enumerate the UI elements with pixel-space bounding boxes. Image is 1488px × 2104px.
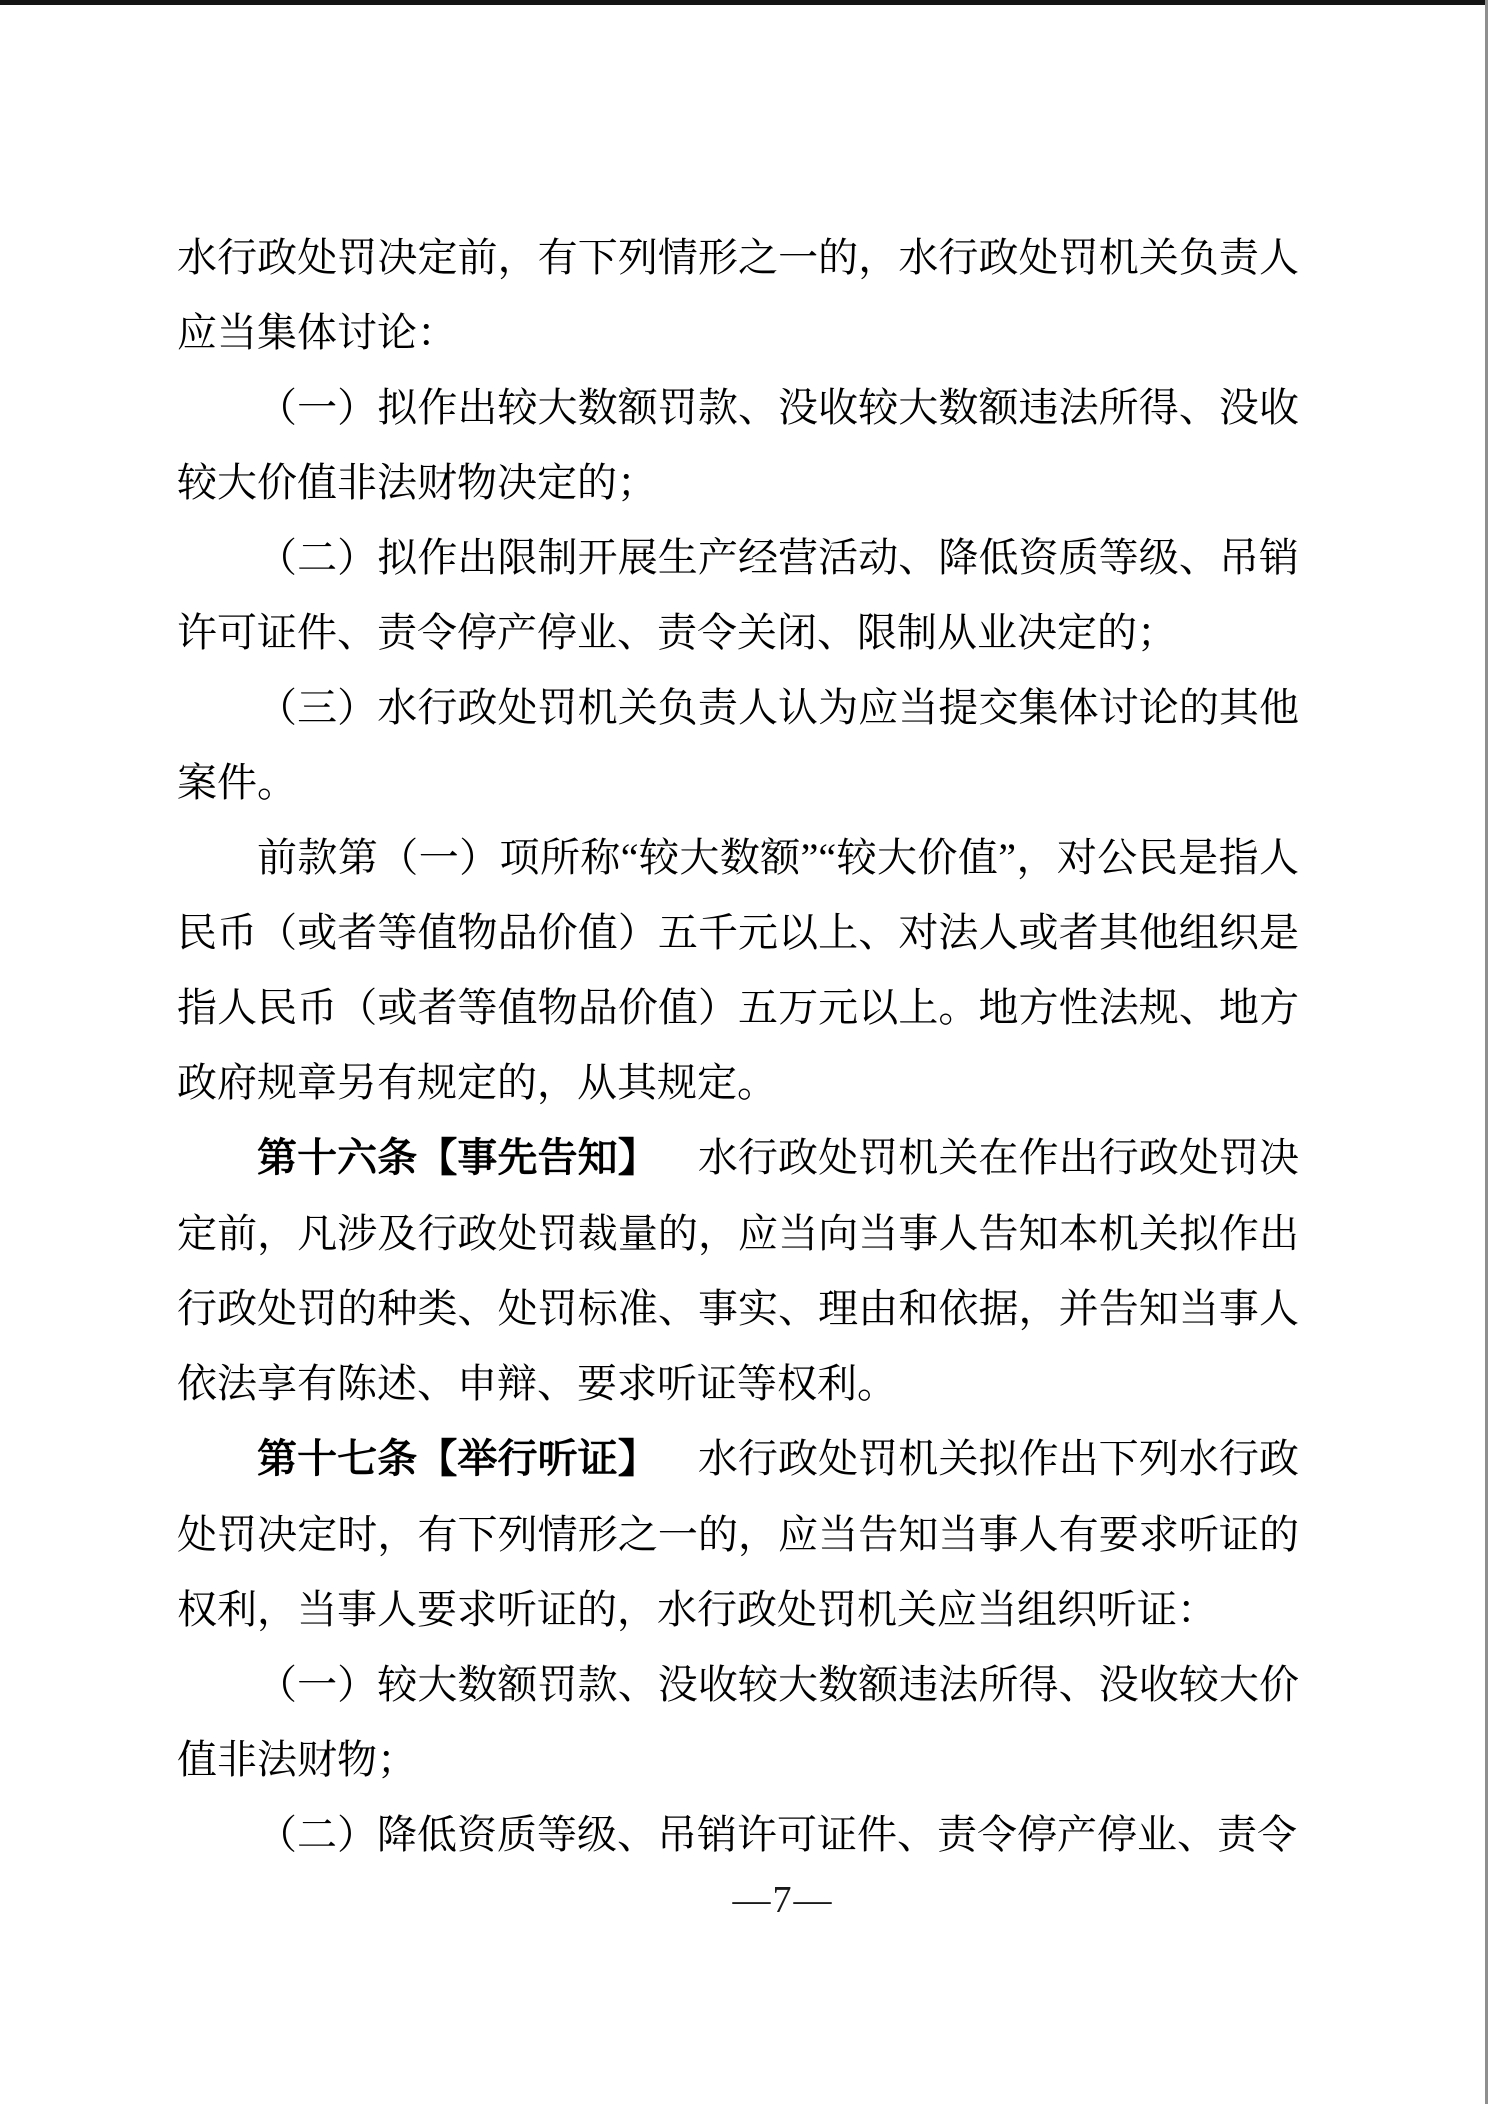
paragraph-text: （二）拟作出限制开展生产经营活动、降低资质等级、吊销许可证件、责令停产停业、责令…: [177, 535, 1299, 655]
paragraph-text: （二）降低资质等级、吊销许可证件、责令停产停业、责令: [257, 1812, 1297, 1857]
page-number: —7—: [0, 1878, 1488, 1922]
paragraph: （一）拟作出较大数额罚款、没收较大数额违法所得、没收较大价值非法财物决定的；: [177, 370, 1299, 520]
paragraph-text: （一）拟作出较大数额罚款、没收较大数额违法所得、没收较大价值非法财物决定的；: [177, 385, 1299, 505]
article-heading: 第十七条【举行听证】: [257, 1437, 658, 1481]
document-body: 水行政处罚决定前，有下列情形之一的，水行政处罚机关负责人应当集体讨论：（一）拟作…: [177, 220, 1299, 1872]
paragraph-text: 水行政处罚决定前，有下列情形之一的，水行政处罚机关负责人应当集体讨论：: [177, 235, 1299, 355]
document-page: 水行政处罚决定前，有下列情形之一的，水行政处罚机关负责人应当集体讨论：（一）拟作…: [0, 0, 1488, 2104]
paragraph: 水行政处罚决定前，有下列情形之一的，水行政处罚机关负责人应当集体讨论：: [177, 220, 1299, 370]
paragraph: 第十六条【事先告知】水行政处罚机关在作出行政处罚决定前，凡涉及行政处罚裁量的，应…: [177, 1120, 1299, 1421]
paragraph: （二）降低资质等级、吊销许可证件、责令停产停业、责令: [177, 1797, 1299, 1872]
paragraph: （一）较大数额罚款、没收较大数额违法所得、没收较大价值非法财物；: [177, 1647, 1299, 1797]
paragraph-text: 前款第（一）项所称“较大数额”“较大价值”，对公民是指人民币（或者等值物品价值）…: [177, 835, 1299, 1105]
paragraph: 前款第（一）项所称“较大数额”“较大价值”，对公民是指人民币（或者等值物品价值）…: [177, 820, 1299, 1120]
paragraph: （二）拟作出限制开展生产经营活动、降低资质等级、吊销许可证件、责令停产停业、责令…: [177, 520, 1299, 670]
paragraph-text: （三）水行政处罚机关负责人认为应当提交集体讨论的其他案件。: [177, 685, 1299, 805]
page-top-edge: [0, 0, 1488, 5]
paragraph-text: （一）较大数额罚款、没收较大数额违法所得、没收较大价值非法财物；: [177, 1662, 1299, 1782]
article-heading: 第十六条【事先告知】: [257, 1136, 658, 1180]
paragraph: 第十七条【举行听证】水行政处罚机关拟作出下列水行政处罚决定时，有下列情形之一的，…: [177, 1421, 1299, 1647]
paragraph: （三）水行政处罚机关负责人认为应当提交集体讨论的其他案件。: [177, 670, 1299, 820]
